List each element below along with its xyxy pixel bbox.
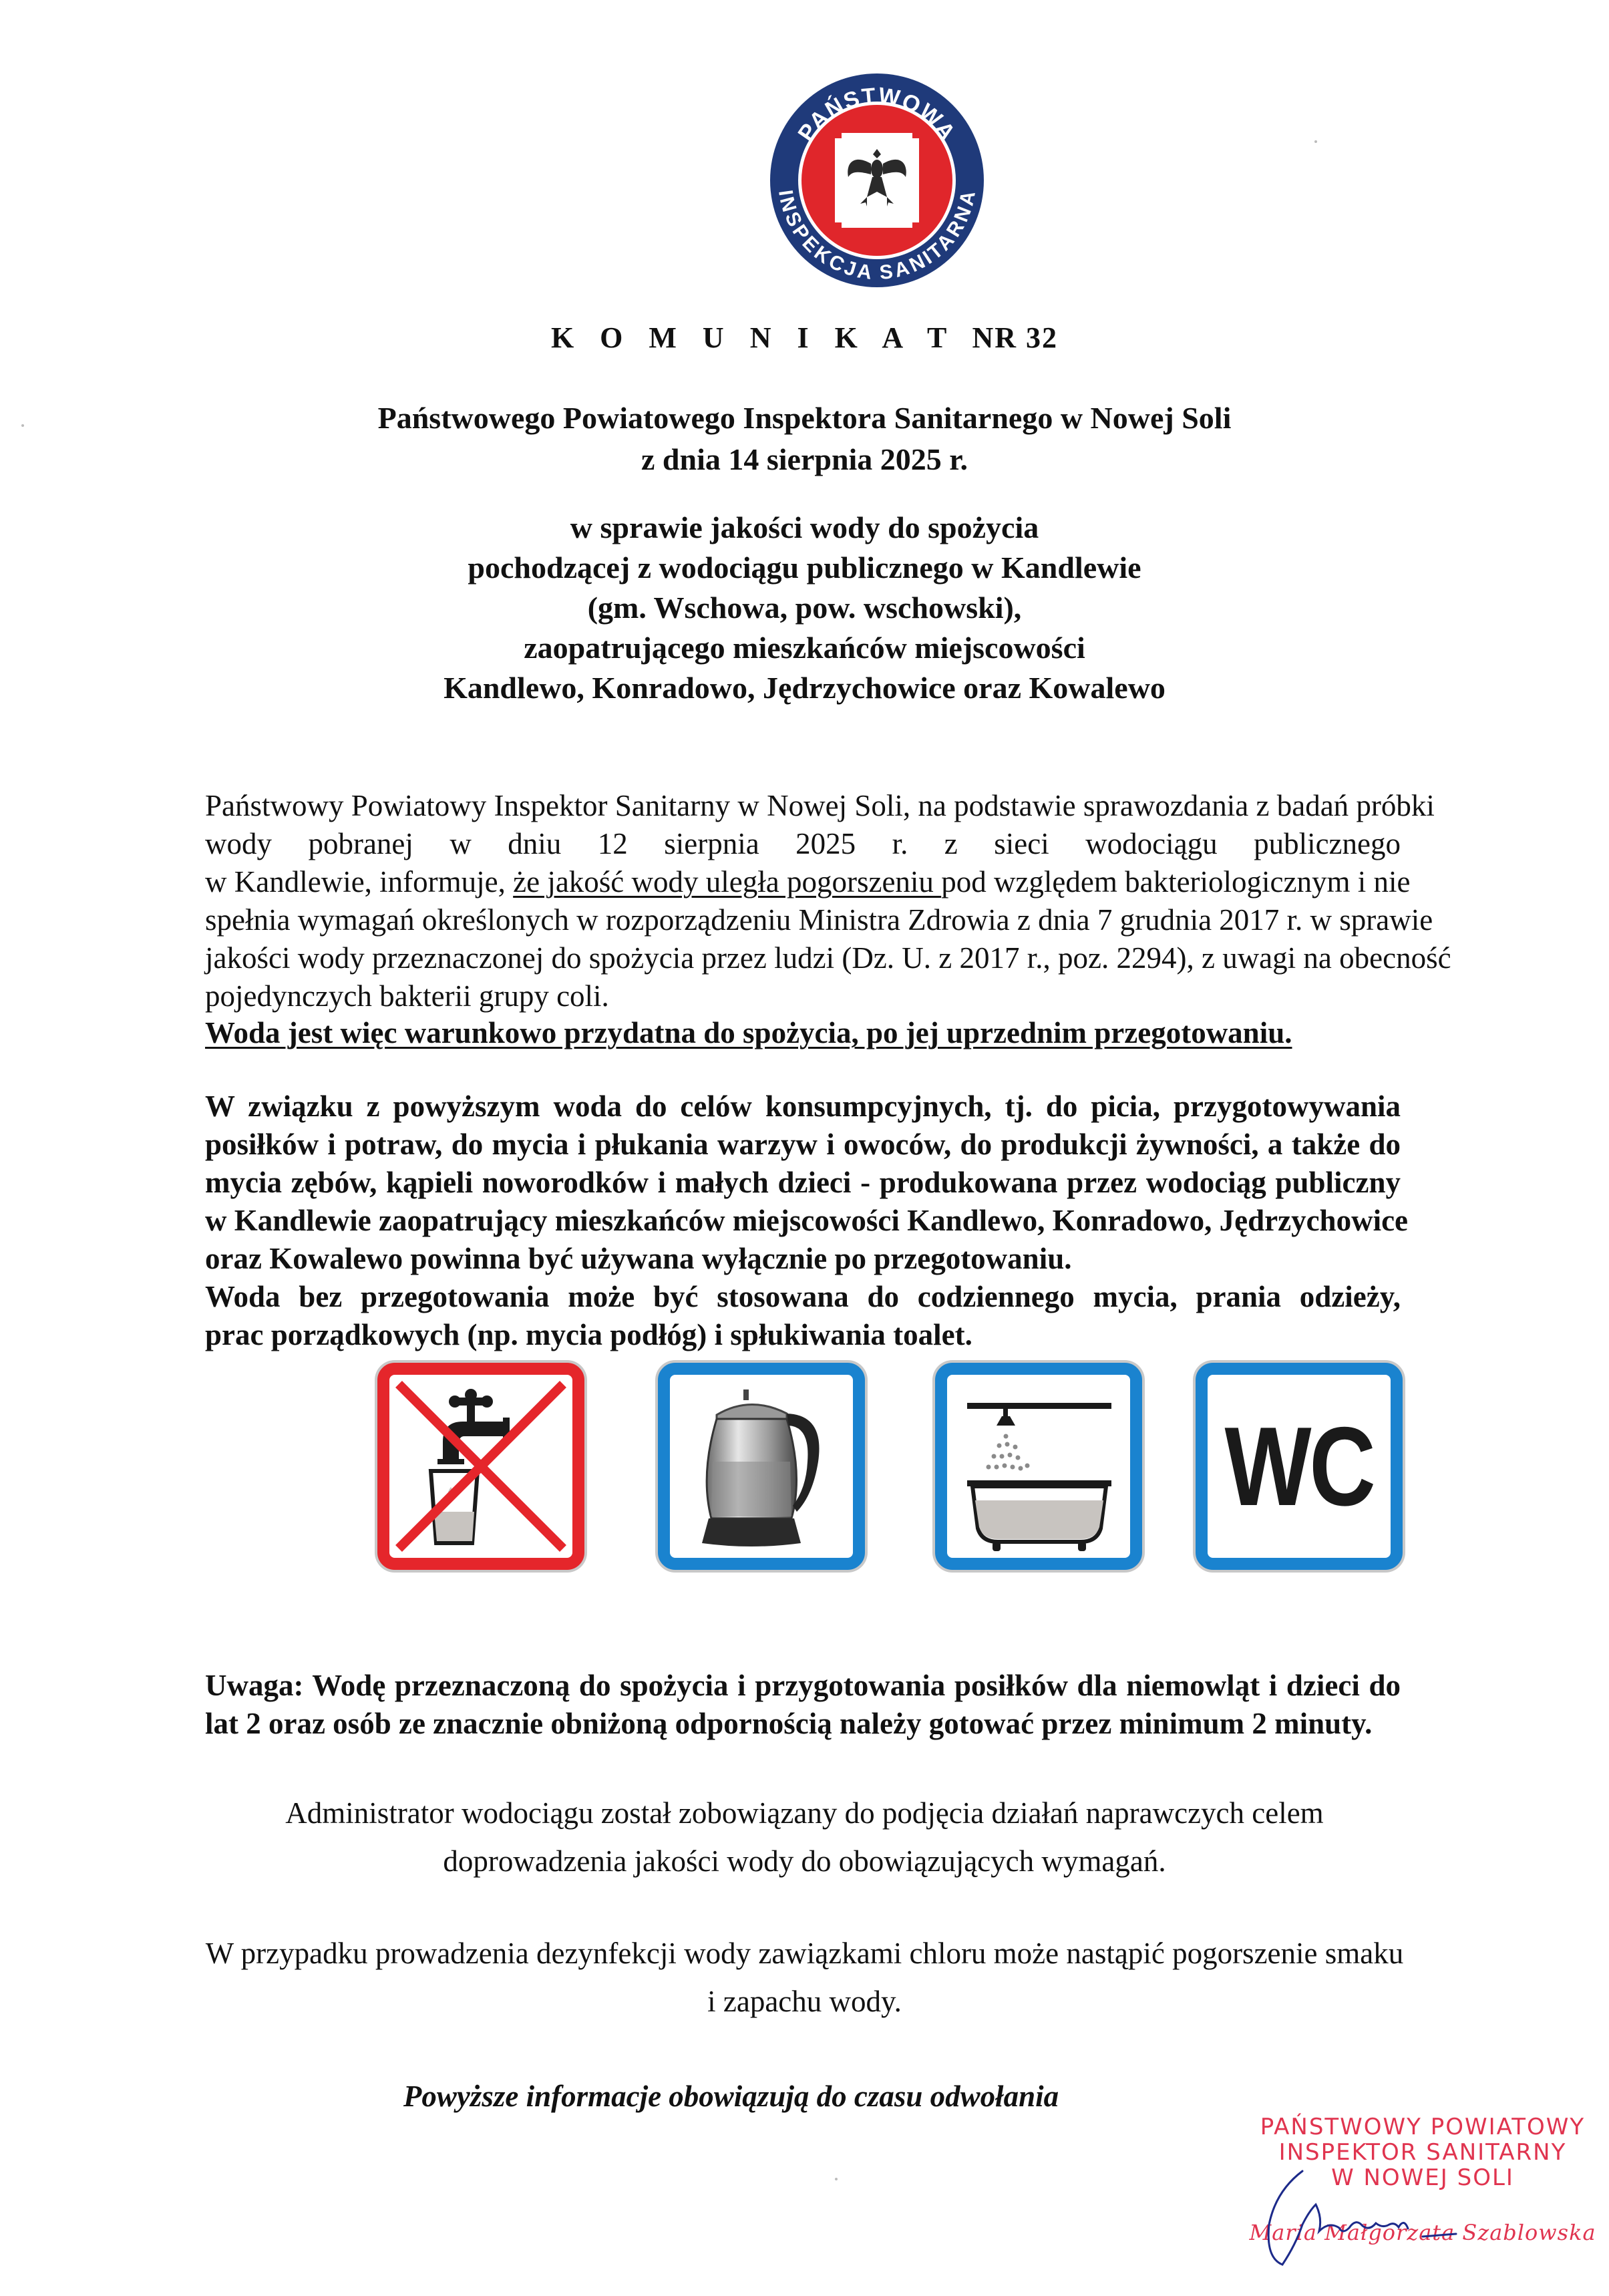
water-drops-icon [987,1434,1030,1471]
warning-line: lat 2 oraz osób ze znacznie obniżoną odp… [205,1705,1401,1743]
electric-kettle-icon [658,1363,865,1570]
subject-block: w sprawie jakości wody do spożycia pocho… [0,508,1609,708]
subject-line: zaopatrującego mieszkańców miejscowości [0,628,1609,668]
infant-boiling-warning: Uwaga: Wodę przeznaczoną do spożycia i p… [205,1667,1401,1743]
scan-speck [1314,140,1317,143]
issuer-line: Państwowego Powiatowego Inspektora Sanit… [0,397,1609,439]
subject-line: (gm. Wschowa, pow. wschowski), [0,588,1609,628]
issuer-block: Państwowego Powiatowego Inspektora Sanit… [0,397,1609,480]
findings-paragraph: Państwowy Powiatowy Inspektor Sanitarny … [205,787,1401,1015]
page-title: K O M U N I K A T NR 32 [0,321,1609,355]
administrator-notice: Administrator wodociągu został zobowiąza… [0,1789,1609,1885]
paragraph-line: mycia zębów, kąpieli noworodków i małych… [205,1164,1401,1202]
shower-bathtub-icon [935,1363,1142,1570]
paragraph-line: w Kandlewie, informuje, że jakość wody u… [205,863,1401,901]
usage-instructions-paragraph: W związku z powyższym woda do celów kons… [205,1088,1401,1354]
stamp-line: PAŃSTWOWY POWIATOWY [1242,2114,1603,2140]
validity-statement: Powyższe informacje obowiązują do czasu … [0,2079,1536,2114]
bold-underlined-line: Woda jest więc warunkowo przydatna do sp… [205,1014,1401,1052]
paragraph-line: wody pobranej w dniu 12 sierpnia 2025 r.… [205,825,1401,863]
notice-line: Administrator wodociągu został zobowiąza… [0,1789,1609,1837]
subject-line: Kandlewo, Konradowo, Jędrzychowice oraz … [0,668,1609,708]
notice-line: W przypadku prowadzenia dezynfekcji wody… [0,1929,1609,1977]
subject-line: pochodzącej z wodociągu publicznego w Ka… [0,548,1609,588]
title-number: NR 32 [972,321,1059,354]
wc-label: WC [1224,1375,1375,1558]
paragraph-line: w Kandlewie zaopatrujący mieszkańców mie… [205,1202,1401,1240]
paragraph-line: Państwowy Powiatowy Inspektor Sanitarny … [205,787,1401,825]
wc-toilet-icon: WC [1196,1363,1403,1570]
paragraph-line: jakości wody przeznaczonej do spożycia p… [205,939,1401,977]
paragraph-line: oraz Kowalewo powinna być używana wyłącz… [205,1240,1401,1278]
scan-speck [835,2178,838,2180]
warning-line: Uwaga: Wodę przeznaczoną do spożycia i p… [205,1667,1401,1705]
stamp-line: INSPEKTOR SANITARNY [1242,2140,1603,2165]
paragraph-line: pojedynczych bakterii grupy coli. [205,977,1401,1015]
notice-line: doprowadzenia jakości wody do obowiązują… [0,1837,1609,1885]
paragraph-line: prac porządkowych (np. mycia podłóg) i s… [205,1316,1401,1354]
title-spaced: K O M U N I K A T [551,321,956,354]
conditional-suitability-notice: Woda jest więc warunkowo przydatna do sp… [205,1014,1401,1052]
paragraph-line: W związku z powyższym woda do celów kons… [205,1088,1401,1126]
text-fragment: pod względem bakteriologicznym i nie [941,865,1410,898]
sanitary-inspection-logo: PAŃSTWOWA INSPEKCJA SANITARNA [767,70,987,291]
no-drinking-tap-water-icon [377,1363,584,1570]
paragraph-line: Woda bez przegotowania może być stosowan… [205,1278,1401,1316]
underlined-finding: że jakość wody uległa pogorszeniu [513,865,941,898]
text-fragment: w Kandlewie, informuje, [205,865,513,898]
paragraph-line: posiłków i potraw, do mycia i płukania w… [205,1126,1401,1164]
issue-date: z dnia 14 sierpnia 2025 r. [0,439,1609,480]
subject-line: w sprawie jakości wody do spożycia [0,508,1609,548]
paragraph-line: spełnia wymagań określonych w rozporządz… [205,901,1401,939]
handwritten-signature-icon [1256,2164,1536,2271]
notice-line: i zapachu wody. [0,1977,1609,2025]
chlorination-notice: W przypadku prowadzenia dezynfekcji wody… [0,1929,1609,2025]
scan-speck [21,424,24,427]
